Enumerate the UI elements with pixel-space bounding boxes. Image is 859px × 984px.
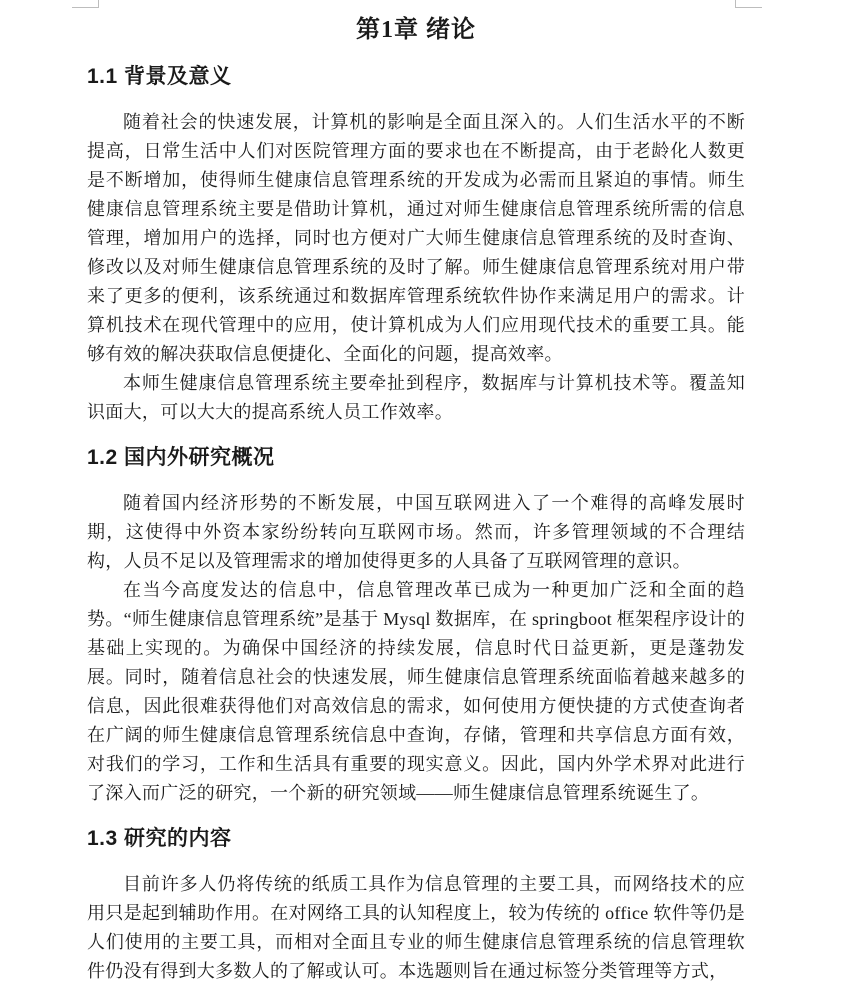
- document-body: 第1章 绪论 1.1 背景及意义 随着社会的快速发展，计算机的影响是全面且深入的…: [87, 0, 745, 984]
- section-heading-1-2: 1.2 国内外研究概况: [87, 443, 745, 473]
- section-1-1: 1.1 背景及意义 随着社会的快速发展，计算机的影响是全面且深入的。人们生活水平…: [87, 62, 745, 427]
- chapter-title: 第1章 绪论: [87, 14, 745, 46]
- paragraph: 随着社会的快速发展，计算机的影响是全面且深入的。人们生活水平的不断提高，日常生活…: [87, 108, 745, 369]
- section-1-2: 1.2 国内外研究概况 随着国内经济形势的不断发展，中国互联网进入了一个难得的高…: [87, 443, 745, 808]
- section-heading-1-3: 1.3 研究的内容: [87, 824, 745, 854]
- document-page: 第1章 绪论 1.1 背景及意义 随着社会的快速发展，计算机的影响是全面且深入的…: [0, 0, 859, 984]
- paragraph: 在当今高度发达的信息中，信息管理改革已成为一种更加广泛和全面的趋势。“师生健康信…: [87, 576, 745, 808]
- paragraph: 随着国内经济形势的不断发展，中国互联网进入了一个难得的高峰发展时期，这使得中外资…: [87, 489, 745, 576]
- section-heading-1-1: 1.1 背景及意义: [87, 62, 745, 92]
- section-1-3: 1.3 研究的内容 目前许多人仍将传统的纸质工具作为信息管理的主要工具，而网络技…: [87, 824, 745, 984]
- paragraph: 本师生健康信息管理系统主要牵扯到程序，数据库与计算机技术等。覆盖知识面大，可以大…: [87, 369, 745, 427]
- paragraph: 目前许多人仍将传统的纸质工具作为信息管理的主要工具，而网络技术的应用只是起到辅助…: [87, 870, 745, 984]
